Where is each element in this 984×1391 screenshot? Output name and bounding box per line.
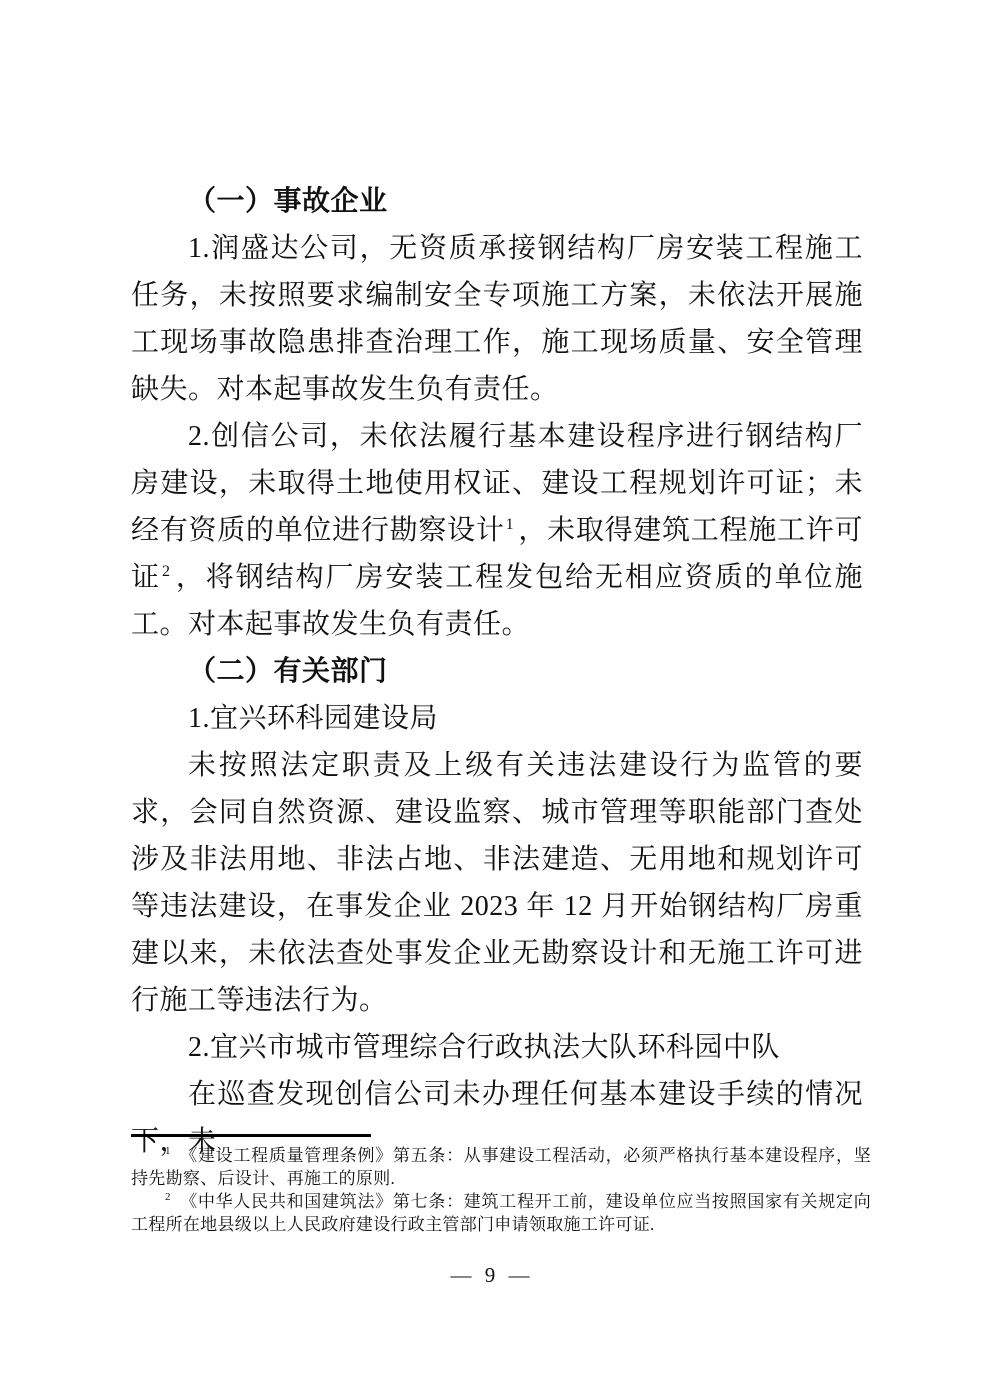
- section-heading-accident-company: （一）事故企业: [131, 178, 863, 225]
- page-number: — 9 —: [0, 1263, 984, 1288]
- footnote-1-text: 《建设工程质量管理条例》第五条：从事建设工程活动，必须严格执行基本建设程序，坚持…: [131, 1146, 871, 1188]
- footnote-reference-1: 1: [506, 516, 515, 533]
- footnote-2-text: 《中华人民共和国建筑法》第七条：建筑工程开工前，建设单位应当按照国家有关规定向工…: [131, 1192, 871, 1234]
- footnote-1-marker: 1: [165, 1145, 171, 1157]
- footnote-1: 1《建设工程质量管理条例》第五条：从事建设工程活动，必须严格执行基本建设程序，坚…: [131, 1144, 871, 1190]
- section-heading-relevant-departments: （二）有关部门: [131, 648, 863, 695]
- footnote-reference-2: 2: [162, 563, 171, 580]
- paragraph-dept1-body: 未按照法定职责及上级有关违法建设行为监管的要求，会同自然资源、建设监察、城市管理…: [131, 742, 863, 1024]
- footnote-separator-rule: [131, 1134, 371, 1137]
- paragraph-dept1-title: 1.宜兴环科园建设局: [131, 695, 863, 742]
- document-page: （一）事故企业 1.润盛达公司，无资质承接钢结构厂房安装工程施工任务，未按照要求…: [0, 0, 984, 1391]
- document-body: （一）事故企业 1.润盛达公司，无资质承接钢结构厂房安装工程施工任务，未按照要求…: [131, 178, 863, 1165]
- footnote-area: 1《建设工程质量管理条例》第五条：从事建设工程活动，必须严格执行基本建设程序，坚…: [131, 1134, 871, 1236]
- footnote-2-marker: 2: [165, 1191, 171, 1203]
- paragraph-chuangxin-company: 2.创信公司，未依法履行基本建设程序进行钢结构厂房建设，未取得土地使用权证、建设…: [131, 413, 863, 648]
- paragraph-dept2-title: 2.宜兴市城市管理综合行政执法大队环科园中队: [131, 1024, 863, 1071]
- footnote-2: 2《中华人民共和国建筑法》第七条：建筑工程开工前，建设单位应当按照国家有关规定向…: [131, 1190, 871, 1236]
- paragraph-runshengda-company: 1.润盛达公司，无资质承接钢结构厂房安装工程施工任务，未按照要求编制安全专项施工…: [131, 225, 863, 413]
